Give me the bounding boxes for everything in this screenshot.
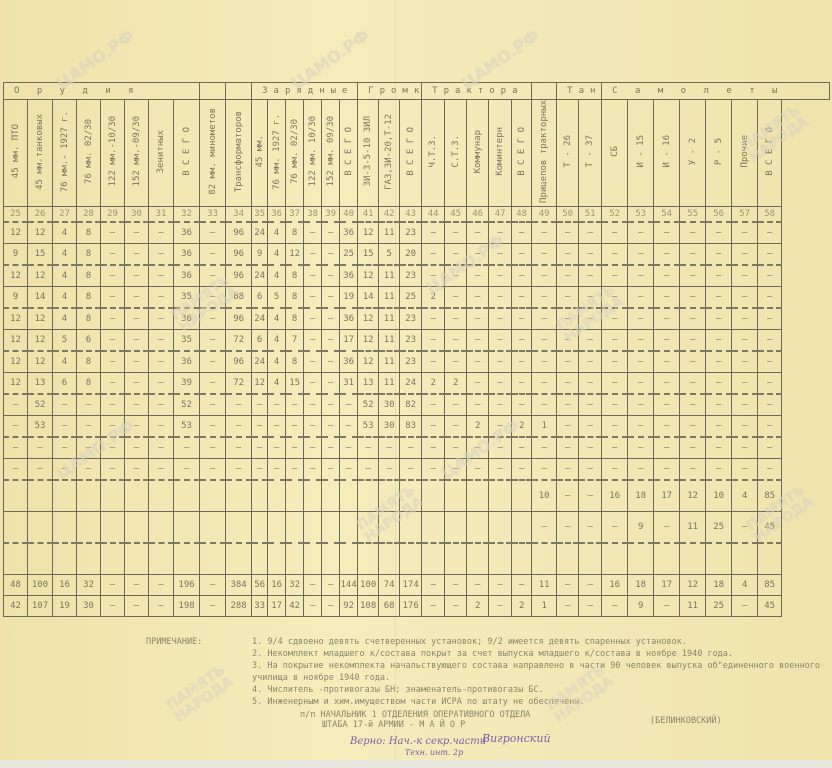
table-cell: – <box>304 437 322 459</box>
table-cell: – <box>512 308 532 330</box>
table-cell: 12 <box>28 222 53 244</box>
table-cell: – <box>322 415 340 437</box>
table-cell: – <box>489 329 512 351</box>
table-cell: 12 <box>358 329 379 351</box>
table-cell: – <box>732 511 758 543</box>
table-cell: – <box>304 415 322 437</box>
table-cell <box>358 511 379 543</box>
column-header-label: ЗИ-3-5-10 ЗИЛ <box>363 116 373 186</box>
table-cell: – <box>4 394 28 416</box>
table-cell: 45 <box>758 595 782 616</box>
column-header: ГАЗ,ЗИ-20,Т-12 <box>379 100 400 207</box>
table-cell: – <box>340 437 358 459</box>
column-header-label: 76 мм. 1927 г. <box>272 114 282 190</box>
table-cell: 32 <box>77 574 101 595</box>
table-cell: – <box>579 458 602 480</box>
table-cell: 4 <box>268 329 286 351</box>
table-cell: – <box>654 511 680 543</box>
table-row: 10––1618171210485 <box>4 480 830 512</box>
column-number: 39 <box>322 206 340 222</box>
table-cell: – <box>149 415 174 437</box>
column-number-row: 2526272829303132333435363738394041424344… <box>4 206 830 222</box>
table-cell: – <box>304 265 322 287</box>
table-cell: 72 <box>226 329 252 351</box>
column-header-label: 76 мм. 02/30 <box>84 119 94 184</box>
table-cell: – <box>557 394 579 416</box>
table-cell: – <box>149 329 174 351</box>
table-cell: 11 <box>680 511 706 543</box>
table-cell: – <box>268 458 286 480</box>
table-cell: – <box>125 308 149 330</box>
table-cell <box>340 543 358 575</box>
table-cell: – <box>579 243 602 265</box>
table-cell: 30 <box>77 595 101 616</box>
table-cell: – <box>680 243 706 265</box>
table-cell: – <box>445 351 467 373</box>
table-cell: 56 <box>252 574 268 595</box>
group-header: О р у д и я <box>4 83 200 100</box>
table-cell: 2 <box>422 286 445 308</box>
table-cell: – <box>200 394 226 416</box>
table-cell: – <box>489 595 512 616</box>
table-cell: – <box>304 372 322 394</box>
table-cell: 174 <box>400 574 422 595</box>
table-cell: 8 <box>77 308 101 330</box>
table-cell: – <box>654 595 680 616</box>
table-cell: – <box>732 595 758 616</box>
table-cell: – <box>101 222 125 244</box>
table-cell <box>358 543 379 575</box>
column-number: 48 <box>512 206 532 222</box>
table-cell: – <box>706 308 732 330</box>
table-cell: – <box>706 437 732 459</box>
table-cell <box>400 511 422 543</box>
table-cell: 85 <box>758 480 782 512</box>
table-cell <box>467 480 489 512</box>
column-header-label: 76 мм. 02/30 <box>290 119 300 184</box>
column-number: 31 <box>149 206 174 222</box>
table-cell: – <box>758 243 782 265</box>
table-cell <box>445 480 467 512</box>
table-cell: – <box>557 329 579 351</box>
column-header: Трансформаторов <box>226 100 252 207</box>
table-cell: – <box>512 329 532 351</box>
column-number: 40 <box>340 206 358 222</box>
table-cell <box>340 511 358 543</box>
table-cell <box>400 543 422 575</box>
table-cell: – <box>149 372 174 394</box>
column-header-label: 152 мм.-09/30 <box>132 116 142 186</box>
table-cell <box>445 511 467 543</box>
table-cell <box>252 511 268 543</box>
table-cell: – <box>732 372 758 394</box>
table-cell: 1 <box>532 595 557 616</box>
table-cell: 12 <box>4 372 28 394</box>
table-cell: – <box>654 415 680 437</box>
table-cell: 83 <box>400 415 422 437</box>
table-cell: – <box>579 308 602 330</box>
table-cell: – <box>340 415 358 437</box>
notes-label: ПРИМЕЧАНИЕ: <box>146 636 202 648</box>
table-cell: 6 <box>77 329 101 351</box>
table-cell: 144 <box>340 574 358 595</box>
table-cell: 2 <box>512 415 532 437</box>
column-number: 33 <box>200 206 226 222</box>
table-cell: – <box>602 329 628 351</box>
table-cell: 5 <box>53 329 77 351</box>
table-cell: – <box>445 415 467 437</box>
table-cell: – <box>512 265 532 287</box>
table-cell: – <box>358 437 379 459</box>
table-cell: – <box>680 329 706 351</box>
column-header-row: 45 мм. ПТО45 мм.танковых76 мм.- 1927 г.7… <box>4 100 830 207</box>
table-cell: – <box>532 308 557 330</box>
column-number: 30 <box>125 206 149 222</box>
table-cell: – <box>174 437 200 459</box>
table-cell: – <box>174 458 200 480</box>
table-cell: – <box>512 372 532 394</box>
table-cell: – <box>200 415 226 437</box>
table-cell: – <box>628 308 654 330</box>
table-cell <box>400 480 422 512</box>
table-cell: – <box>512 437 532 459</box>
table-cell: – <box>149 286 174 308</box>
table-cell: 4 <box>53 351 77 373</box>
column-header: В С Е Г О <box>174 100 200 207</box>
group-header-row: О р у д и яЗарядные ящикиГромкомашиныТра… <box>4 83 830 100</box>
table-cell <box>125 543 149 575</box>
table-cell <box>304 480 322 512</box>
table-cell: – <box>268 415 286 437</box>
column-header: 45 мм.танковых <box>28 100 53 207</box>
table-cell: 53 <box>174 415 200 437</box>
table-cell: 8 <box>77 243 101 265</box>
table-cell <box>268 511 286 543</box>
table-cell: – <box>200 595 226 616</box>
signature-prefix: п/п <box>300 710 315 720</box>
table-cell: – <box>200 286 226 308</box>
table-cell: – <box>200 372 226 394</box>
table-cell: – <box>226 437 252 459</box>
column-number: 58 <box>758 206 782 222</box>
table-cell: – <box>149 394 174 416</box>
column-header-label: В С Е Г О <box>406 127 416 176</box>
table-cell: – <box>467 265 489 287</box>
table-cell: 198 <box>174 595 200 616</box>
column-header: Ч.Т.З. <box>422 100 445 207</box>
table-cell: 11 <box>379 308 400 330</box>
table-cell: – <box>758 372 782 394</box>
note-item: 5. Инженерным и хим.имуществом части ИСР… <box>252 696 832 708</box>
table-cell: 11 <box>379 286 400 308</box>
column-number: 28 <box>77 206 101 222</box>
column-number: 26 <box>28 206 53 222</box>
table-cell: – <box>467 458 489 480</box>
table-cell: – <box>304 595 322 616</box>
table-cell: 100 <box>358 574 379 595</box>
table-cell: 96 <box>226 222 252 244</box>
table-cell: 8 <box>77 372 101 394</box>
table-cell: 14 <box>28 286 53 308</box>
table-cell: – <box>489 351 512 373</box>
group-header <box>532 83 557 100</box>
column-header-label: 152 мм. 09/30 <box>326 116 336 186</box>
table-cell: – <box>467 574 489 595</box>
column-header-label: 122 мм. 10/30 <box>308 116 318 186</box>
column-number: 46 <box>467 206 489 222</box>
table-cell: – <box>532 222 557 244</box>
column-header: 76 мм. 02/30 <box>286 100 304 207</box>
table-cell: 82 <box>400 394 422 416</box>
column-number: 56 <box>706 206 732 222</box>
column-header-label: 45 мм. ПТО <box>11 124 21 178</box>
table-cell: – <box>628 222 654 244</box>
table-cell <box>286 543 304 575</box>
table-cell <box>340 480 358 512</box>
table-cell: 11 <box>379 222 400 244</box>
table-cell: 17 <box>340 329 358 351</box>
table-cell: 39 <box>174 372 200 394</box>
table-cell <box>512 543 532 575</box>
table-cell: – <box>445 437 467 459</box>
table-cell: – <box>125 265 149 287</box>
table-cell: – <box>628 351 654 373</box>
table-cell: 12 <box>4 308 28 330</box>
table-cell: – <box>101 351 125 373</box>
table-cell: – <box>557 351 579 373</box>
table-cell: – <box>400 437 422 459</box>
table-cell: 14 <box>358 286 379 308</box>
column-header: Прочие <box>732 100 758 207</box>
table-cell: – <box>680 394 706 416</box>
table-row: 121248–––36–962448––36121123––––––––––––… <box>4 222 830 244</box>
column-header: 122 мм.-10/30 <box>101 100 125 207</box>
column-number: 51 <box>579 206 602 222</box>
table-cell: 15 <box>286 372 304 394</box>
table-cell: 8 <box>286 222 304 244</box>
table-cell: 12 <box>4 329 28 351</box>
table-cell: – <box>422 243 445 265</box>
column-header-label: 76 мм.- 1927 г. <box>60 111 70 192</box>
table-cell: 4 <box>268 243 286 265</box>
table-cell: – <box>200 351 226 373</box>
table-cell: 13 <box>28 372 53 394</box>
table-cell <box>4 543 28 575</box>
table-cell: – <box>557 265 579 287</box>
table-cell: – <box>602 415 628 437</box>
table-cell: – <box>322 574 340 595</box>
signatory-name: (БЕЛИНКОВСКИЙ) <box>650 716 722 726</box>
table-cell: – <box>322 286 340 308</box>
table-cell: 8 <box>286 286 304 308</box>
table-cell: 12 <box>286 243 304 265</box>
table-cell: 23 <box>400 351 422 373</box>
table-cell: 4 <box>268 351 286 373</box>
column-header: Р - 5 <box>706 100 732 207</box>
table-cell <box>226 511 252 543</box>
table-cell: – <box>489 394 512 416</box>
table-cell: 9 <box>628 595 654 616</box>
table-cell: – <box>304 222 322 244</box>
table-cell <box>512 480 532 512</box>
table-cell: – <box>628 286 654 308</box>
table-cell: – <box>532 265 557 287</box>
table-cell: – <box>557 595 579 616</box>
column-number: 38 <box>304 206 322 222</box>
table-cell: – <box>304 243 322 265</box>
table-cell: – <box>628 415 654 437</box>
table-cell <box>286 480 304 512</box>
table-cell: 6 <box>252 286 268 308</box>
table-cell: 72 <box>226 372 252 394</box>
table-cell: – <box>77 458 101 480</box>
column-header-label: ГАЗ,ЗИ-20,Т-12 <box>384 114 394 190</box>
table-cell: 16 <box>602 480 628 512</box>
table-cell: – <box>200 308 226 330</box>
table-cell: – <box>579 480 602 512</box>
table-cell: – <box>445 458 467 480</box>
table-cell: – <box>489 372 512 394</box>
table-cell: – <box>602 222 628 244</box>
column-number: 47 <box>489 206 512 222</box>
column-header-label: 122 мм.-10/30 <box>108 116 118 186</box>
table-cell <box>379 543 400 575</box>
table-cell: – <box>557 222 579 244</box>
table-cell: – <box>125 458 149 480</box>
table-cell: – <box>680 458 706 480</box>
table-cell: – <box>602 286 628 308</box>
table-cell: 2 <box>467 415 489 437</box>
table-cell: – <box>654 437 680 459</box>
table-row: 121368–––39–7212415––3113112422–––––––––… <box>4 372 830 394</box>
table-cell: – <box>125 437 149 459</box>
table-cell: – <box>732 243 758 265</box>
table-cell: – <box>758 308 782 330</box>
table-cell: – <box>226 394 252 416</box>
group-header: Трактора <box>422 83 532 100</box>
table-cell: – <box>125 222 149 244</box>
table-cell: – <box>77 394 101 416</box>
table-cell: – <box>101 415 125 437</box>
table-cell <box>268 543 286 575</box>
table-cell: – <box>101 308 125 330</box>
table-cell: – <box>422 574 445 595</box>
table-cell: – <box>422 394 445 416</box>
table-cell: 53 <box>28 415 53 437</box>
table-cell <box>77 543 101 575</box>
table-cell: – <box>149 308 174 330</box>
column-header-label: С.Т.З. <box>451 135 461 168</box>
table-cell: 85 <box>758 574 782 595</box>
table-cell: – <box>489 458 512 480</box>
table-cell: – <box>252 458 268 480</box>
table-cell: – <box>654 243 680 265</box>
table-cell: – <box>557 372 579 394</box>
table-cell: 10 <box>706 480 732 512</box>
table-cell: – <box>53 437 77 459</box>
table-cell <box>467 543 489 575</box>
table-cell: – <box>101 437 125 459</box>
table-cell <box>101 511 125 543</box>
table-cell: 15 <box>358 243 379 265</box>
table-cell: – <box>53 415 77 437</box>
table-cell: – <box>680 372 706 394</box>
column-header-label: Т - 37 <box>585 135 595 168</box>
table-cell: – <box>125 329 149 351</box>
table-cell: – <box>445 308 467 330</box>
column-header: В С Е Г О <box>340 100 358 207</box>
table-cell <box>489 511 512 543</box>
table-cell: 25 <box>706 595 732 616</box>
table-cell: – <box>758 286 782 308</box>
table-cell <box>706 543 732 575</box>
table-cell: – <box>732 437 758 459</box>
column-header-label: СБ <box>610 146 620 157</box>
table-row: 91448–––35–88658––191411252–––––––––––––… <box>4 286 830 308</box>
table-cell <box>758 543 782 575</box>
table-cell: 52 <box>28 394 53 416</box>
table-cell: 16 <box>53 574 77 595</box>
table-cell: – <box>579 265 602 287</box>
table-cell: – <box>340 458 358 480</box>
table-cell: 8 <box>77 286 101 308</box>
table-cell <box>77 480 101 512</box>
table-cell: 4 <box>53 308 77 330</box>
column-number: 36 <box>268 206 286 222</box>
table-cell: – <box>602 372 628 394</box>
column-header: 82 мм. минометов <box>200 100 226 207</box>
table-row: –––––––––––––––––––––––––––––––––– <box>4 437 830 459</box>
note-item: 4. Числитель -противогазы БН; знаменател… <box>252 684 832 696</box>
table-cell: – <box>706 243 732 265</box>
table-cell <box>252 543 268 575</box>
table-cell: – <box>467 243 489 265</box>
column-header: И - 15 <box>628 100 654 207</box>
table-cell: – <box>654 394 680 416</box>
table-cell <box>358 480 379 512</box>
signature-line-2: ШТАБА 17-й АРМИИ - М А Й О Р <box>322 720 465 730</box>
column-number: 25 <box>4 206 28 222</box>
column-header-label: Т - 26 <box>563 135 573 168</box>
table-cell: 12 <box>358 308 379 330</box>
table-cell: – <box>28 437 53 459</box>
group-header <box>200 83 226 100</box>
table-cell: – <box>532 243 557 265</box>
table-cell: – <box>680 415 706 437</box>
table-cell: – <box>53 458 77 480</box>
table-cell: 24 <box>252 222 268 244</box>
table-cell: – <box>628 372 654 394</box>
table-cell: 4 <box>53 265 77 287</box>
table-cell: – <box>322 308 340 330</box>
table-cell: – <box>579 222 602 244</box>
table-cell: – <box>489 415 512 437</box>
table-cell: – <box>706 222 732 244</box>
data-table: О р у д и яЗарядные ящикиГромкомашиныТра… <box>3 82 830 617</box>
table-cell: – <box>758 394 782 416</box>
table-cell: 30 <box>379 394 400 416</box>
table-cell: 6 <box>53 372 77 394</box>
table-cell: – <box>304 574 322 595</box>
table-cell: – <box>706 394 732 416</box>
column-header-label: И - 16 <box>662 135 672 168</box>
table-cell: – <box>149 351 174 373</box>
table-cell: 23 <box>400 265 422 287</box>
table-cell: – <box>422 458 445 480</box>
table-cell: 2 <box>445 372 467 394</box>
table-cell: – <box>680 265 706 287</box>
table-cell: – <box>732 458 758 480</box>
